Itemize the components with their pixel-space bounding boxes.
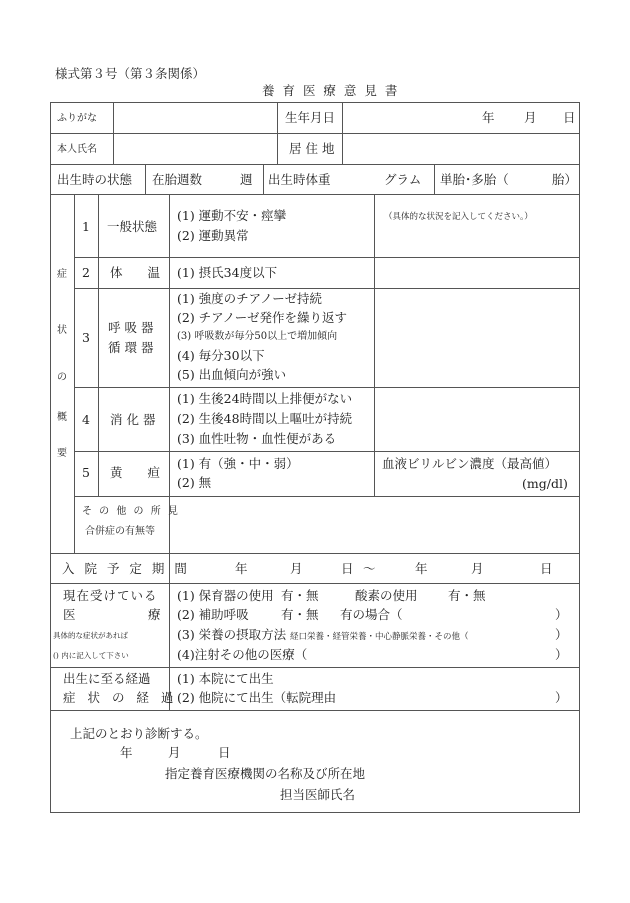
weight-unit: グラム bbox=[384, 172, 421, 188]
bilirubin-field[interactable] bbox=[380, 473, 518, 493]
dob-year-unit: 年 bbox=[482, 110, 495, 126]
symptom-item: (4) 毎分30以下 bbox=[177, 348, 265, 364]
symptom-category: 黄 疸 bbox=[110, 465, 160, 481]
symptom-item: (2) 生後48時間以上嘔吐が持続 bbox=[177, 411, 352, 427]
oxygen-option[interactable]: 有・無 bbox=[448, 588, 486, 604]
treatment-label: 現在受けている bbox=[63, 588, 158, 604]
symptom-detail-field[interactable] bbox=[375, 388, 579, 450]
treatment-item: (3) 栄養の摂取方法 bbox=[177, 627, 286, 643]
treatment-hint: () 内に記入して下さい bbox=[53, 648, 129, 664]
symptom-no: 5 bbox=[82, 465, 90, 481]
nutrition-other-field[interactable] bbox=[525, 625, 553, 643]
symptom-category: 呼 吸 器 bbox=[108, 320, 153, 336]
assisted-breathing-detail-label: 有の場合（ bbox=[340, 607, 403, 623]
symptom-item: (2) 無 bbox=[177, 475, 211, 491]
doctor-name-field[interactable] bbox=[365, 783, 575, 803]
dob-day-unit: 日 bbox=[563, 110, 576, 126]
section-label-char: 概 bbox=[57, 410, 67, 426]
weight-label: 出生時体重 bbox=[268, 172, 331, 188]
gestation-field[interactable] bbox=[212, 166, 237, 192]
name-label: 本人氏名 bbox=[57, 142, 97, 158]
symptom-item: (1) 有（強・中・弱） bbox=[177, 456, 299, 472]
close-paren: ） bbox=[555, 607, 568, 623]
treatment-item: (4)注射その他の医療（ bbox=[177, 647, 307, 663]
symptom-no: 3 bbox=[82, 330, 90, 346]
course-item: (1) 本院にて出生 bbox=[177, 671, 274, 687]
symptom-item: (3) 血性吐物・血性便がある bbox=[177, 431, 336, 447]
treatment-hint: 具体的な症状があれば bbox=[53, 628, 128, 644]
symptom-detail-field[interactable] bbox=[375, 225, 579, 256]
dob-label: 生年月日 bbox=[285, 110, 335, 126]
multiple-unit: 胎） bbox=[552, 172, 577, 188]
symptom-item: (5) 出血傾向が強い bbox=[177, 367, 286, 383]
diagnosis-statement: 上記のとおり診断する。 bbox=[70, 726, 208, 742]
admission-month2-unit: 月 bbox=[471, 561, 484, 577]
symptom-category: 循 環 器 bbox=[108, 340, 153, 356]
close-paren: ） bbox=[555, 627, 568, 643]
doctor-label: 担当医師氏名 bbox=[280, 787, 355, 803]
form-number: 様式第３号（第３条関係） bbox=[55, 66, 205, 82]
transfer-reason-field[interactable] bbox=[340, 688, 550, 706]
section-label-char: 状 bbox=[57, 323, 67, 339]
nutrition-options[interactable]: 経口栄養・経管栄養・中心静脈栄養・その他（ bbox=[290, 629, 469, 645]
section-label-char: 要 bbox=[57, 446, 67, 462]
tilde: ～ bbox=[363, 561, 376, 577]
weight-field[interactable] bbox=[335, 166, 380, 192]
treatment-item: (2) 補助呼吸 bbox=[177, 607, 249, 623]
address-field[interactable] bbox=[343, 134, 579, 164]
symptom-item: (2) 運動異常 bbox=[177, 228, 249, 244]
symptom-item: (1) 運動不安・痙攣 bbox=[177, 208, 286, 224]
symptom-item: (1) 強度のチアノーゼ持続 bbox=[177, 291, 322, 307]
document-title: 養 育 医 療 意 見 書 bbox=[262, 83, 399, 99]
sign-day-unit: 日 bbox=[218, 745, 231, 761]
multiple-field[interactable] bbox=[510, 166, 550, 192]
course-item: (2) 他院にて出生（転院理由 bbox=[177, 690, 336, 706]
dob-month-unit: 月 bbox=[524, 110, 537, 126]
furigana-label: ふりがな bbox=[57, 111, 97, 127]
symptom-detail-field[interactable] bbox=[375, 289, 579, 386]
bilirubin-label: 血液ビリルビン濃度（最高値） bbox=[382, 456, 557, 472]
injection-detail-field[interactable] bbox=[310, 645, 550, 663]
symptom-item: (2) チアノーゼ発作を繰り返す bbox=[177, 310, 347, 326]
treatment-label: 療 bbox=[148, 607, 161, 623]
address-label: 居 住 地 bbox=[289, 141, 334, 157]
other-findings-field[interactable] bbox=[170, 497, 579, 552]
symptom-item: (1) 摂氏34度以下 bbox=[177, 265, 277, 281]
dob-field[interactable] bbox=[343, 103, 579, 133]
other-findings-label: そ の 他 の 所 見 bbox=[82, 504, 180, 520]
symptom-category: 消 化 器 bbox=[110, 412, 155, 428]
symptom-no: 4 bbox=[82, 412, 90, 428]
sign-month-unit: 月 bbox=[168, 745, 181, 761]
symptom-item: (3) 呼吸数が毎分50以上で増加傾向 bbox=[177, 329, 337, 345]
incubator-option[interactable]: 有・無 bbox=[281, 588, 319, 604]
gestation-label: 在胎週数 bbox=[152, 172, 202, 188]
symptom-category: 体 温 bbox=[110, 265, 160, 281]
institution-field[interactable] bbox=[380, 762, 575, 782]
admission-day-unit: 日 bbox=[341, 561, 354, 577]
gestation-unit: 週 bbox=[240, 172, 253, 188]
treatment-label: 医 bbox=[63, 607, 76, 623]
admission-day2-unit: 日 bbox=[540, 561, 553, 577]
furigana-field[interactable] bbox=[114, 103, 276, 133]
treatment-item: (1) 保育器の使用 bbox=[177, 588, 274, 604]
close-paren: ） bbox=[555, 690, 568, 706]
bilirubin-unit: (mg/dl) bbox=[522, 476, 568, 492]
course-label: 出生に至る経過 bbox=[63, 671, 151, 687]
symptom-item: (1) 生後24時間以上排便がない bbox=[177, 391, 352, 407]
symptom-detail-field[interactable] bbox=[375, 258, 579, 287]
symptom-no: 2 bbox=[82, 265, 90, 281]
assisted-breathing-option[interactable]: 有・無 bbox=[281, 607, 319, 623]
sign-year-unit: 年 bbox=[120, 745, 133, 761]
multiple-label: 単胎･多胎（ bbox=[440, 172, 509, 188]
close-paren: ） bbox=[555, 647, 568, 663]
symptom-note: （具体的な状況を記入してください。） bbox=[384, 209, 533, 225]
section-label-char: 症 bbox=[57, 267, 67, 283]
symptom-no: 1 bbox=[82, 219, 90, 235]
institution-label: 指定養育医療機関の名称及び所在地 bbox=[165, 766, 365, 782]
admission-year2-unit: 年 bbox=[415, 561, 428, 577]
assisted-breathing-detail-field[interactable] bbox=[425, 605, 550, 623]
other-findings-label: 合併症の有無等 bbox=[85, 524, 155, 540]
name-field[interactable] bbox=[114, 134, 276, 164]
birth-state-label: 出生時の状態 bbox=[57, 172, 132, 188]
section-label-char: の bbox=[57, 370, 67, 386]
symptom-category: 一般状態 bbox=[107, 219, 157, 235]
admission-year-unit: 年 bbox=[235, 561, 248, 577]
admission-month-unit: 月 bbox=[290, 561, 303, 577]
oxygen-label: 酸素の使用 bbox=[355, 588, 418, 604]
course-label: 症 状 の 経 過 bbox=[63, 690, 177, 706]
